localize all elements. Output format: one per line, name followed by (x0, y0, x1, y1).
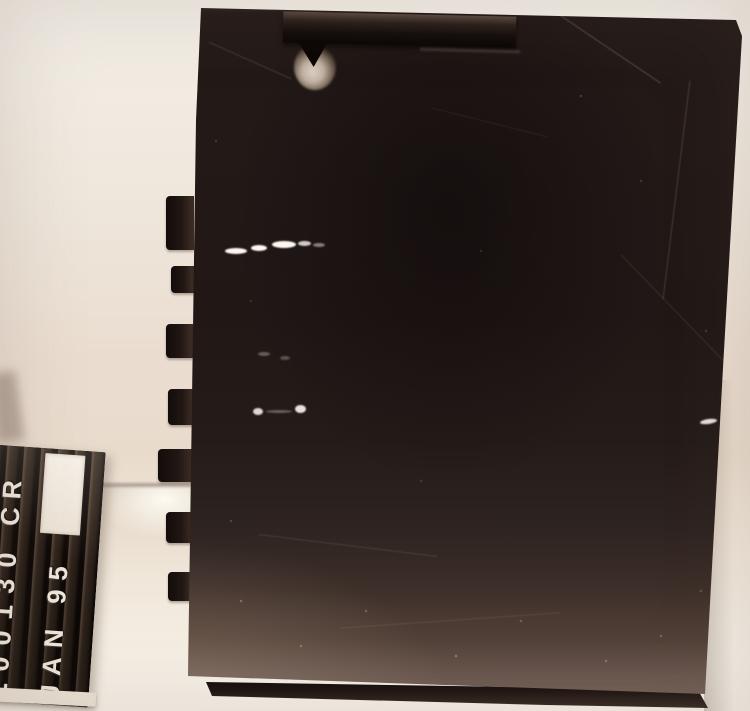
blank-card (40, 453, 85, 536)
scuff-marks (298, 241, 311, 246)
scuff-marks (266, 410, 292, 413)
scuff-marks (272, 241, 296, 248)
label-suffix: CR (0, 459, 31, 527)
scuff-marks (251, 245, 267, 251)
scuff-marks (225, 248, 247, 254)
scuff-marks (313, 243, 325, 247)
scratch-mark (340, 612, 560, 628)
handle-reflection (420, 48, 520, 54)
scratch-mark (663, 81, 691, 299)
scratch-mark (519, 0, 660, 83)
scratch-mark (432, 107, 549, 137)
scuff-marks (700, 418, 718, 425)
label-accession-number: 200130 (0, 526, 26, 698)
control-knob (166, 512, 194, 543)
wear-speckles (0, 0, 2, 2)
scratch-mark (621, 254, 726, 363)
scratch-mark (259, 534, 438, 557)
control-knob (158, 449, 194, 482)
control-knob (168, 389, 194, 425)
control-knob (166, 324, 193, 358)
scuff-marks (253, 408, 263, 415)
control-knob (166, 196, 194, 250)
background-smudge (0, 370, 25, 443)
label-date: JAN 95 (32, 530, 78, 700)
catalog-photograph: CR 200130 JAN 95 (0, 0, 750, 711)
scuff-marks (258, 352, 270, 356)
catalog-label-board: CR 200130 JAN 95 (0, 444, 106, 708)
control-knob (171, 266, 194, 293)
scratch-mark (209, 42, 292, 80)
scuff-marks (280, 356, 290, 360)
scuff-marks (295, 405, 306, 413)
